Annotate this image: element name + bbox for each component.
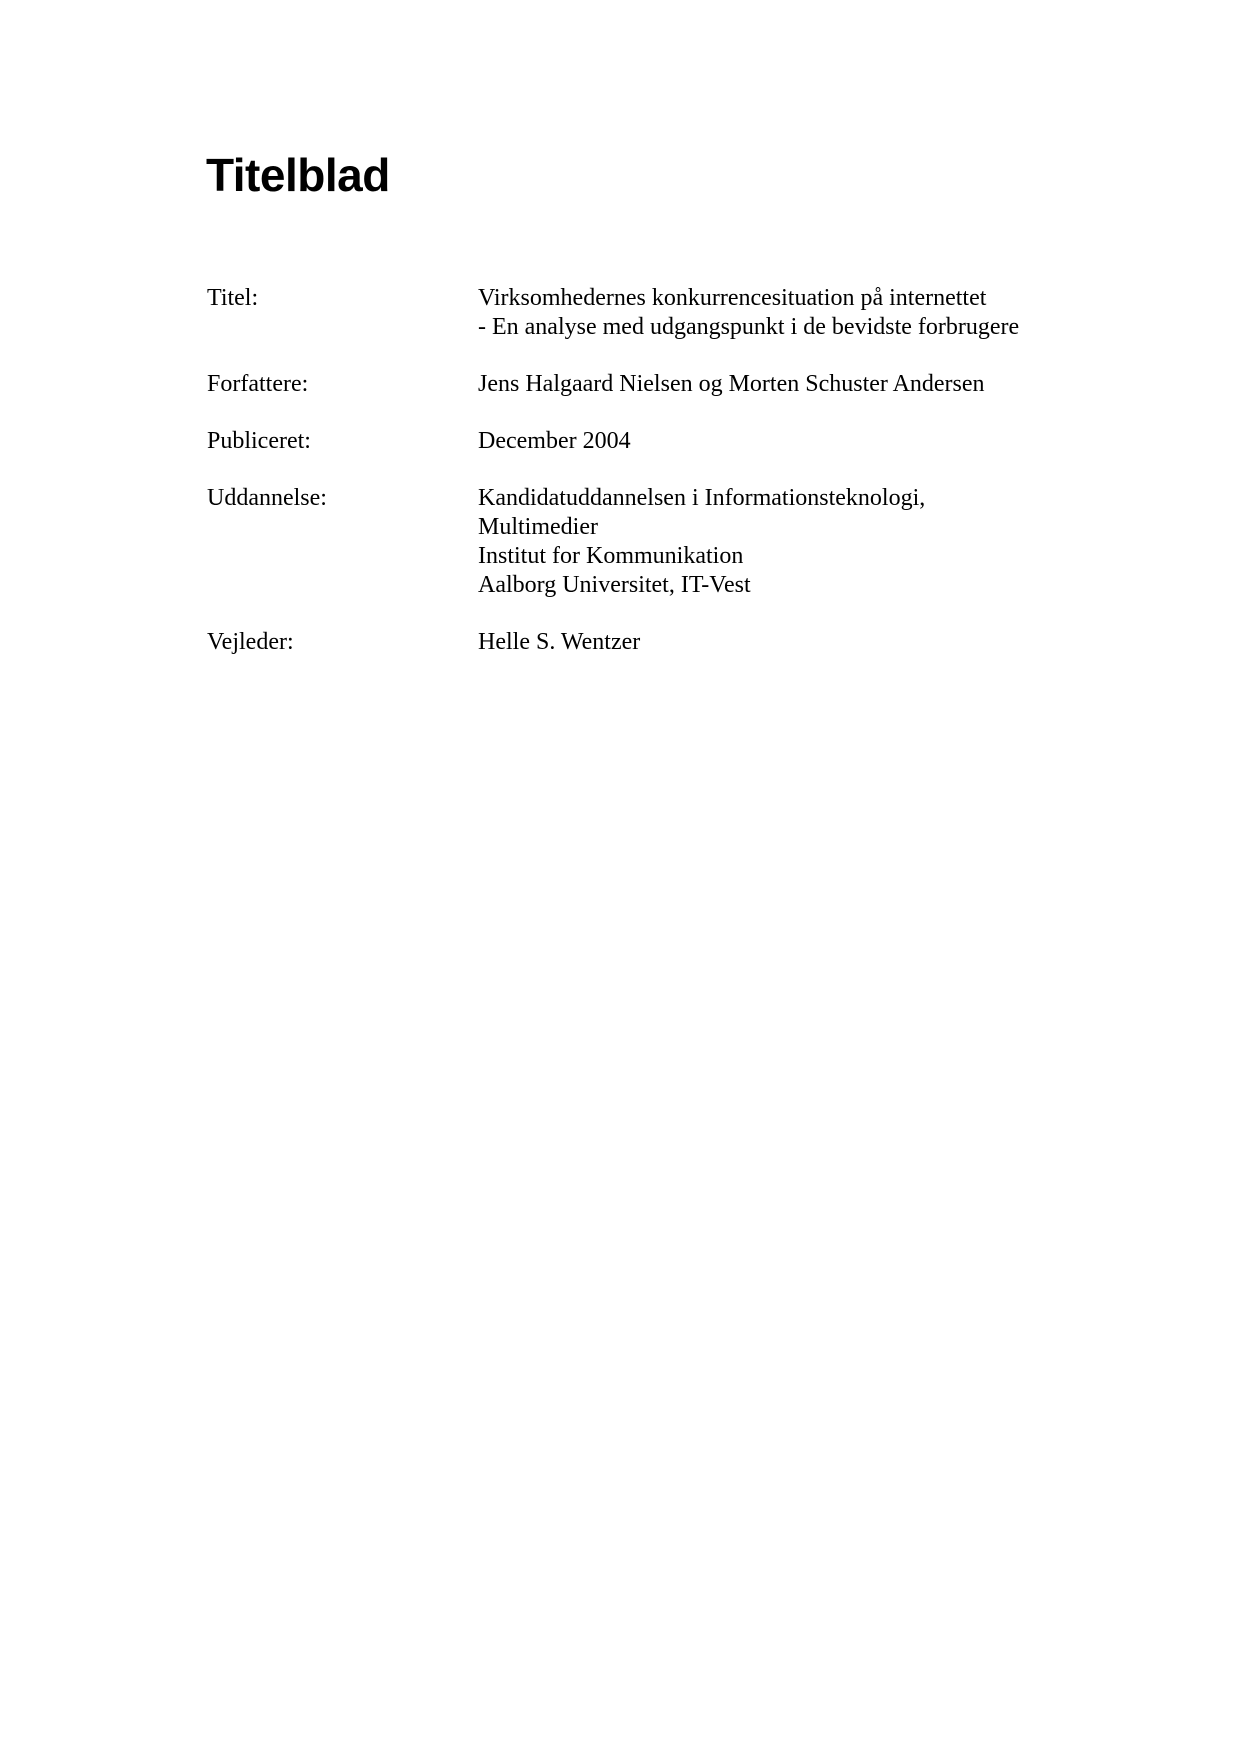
- field-uddannelse: Uddannelse: Kandidatuddannelsen i Inform…: [207, 484, 1019, 600]
- field-value: Kandidatuddannelsen i Informationsteknol…: [478, 484, 1019, 600]
- supervisor: Helle S. Wentzer: [478, 628, 1019, 657]
- field-label: Titel:: [207, 284, 478, 342]
- education-line: Kandidatuddannelsen i Informationsteknol…: [478, 484, 1019, 513]
- thesis-subtitle: - En analyse med udgangspunkt i de bevid…: [478, 313, 1019, 342]
- field-label: Publiceret:: [207, 427, 478, 456]
- field-label: Forfattere:: [207, 370, 478, 399]
- education-line: Aalborg Universitet, IT-Vest: [478, 571, 1019, 600]
- field-publiceret: Publiceret: December 2004: [207, 427, 1019, 456]
- field-forfattere: Forfattere: Jens Halgaard Nielsen og Mor…: [207, 370, 1019, 399]
- thesis-title: Virksomhedernes konkurrencesituation på …: [478, 284, 1019, 313]
- field-value: Jens Halgaard Nielsen og Morten Schuster…: [478, 370, 1019, 399]
- education-line: Multimedier: [478, 513, 1019, 542]
- education-line: Institut for Kommunikation: [478, 542, 1019, 571]
- field-vejleder: Vejleder: Helle S. Wentzer: [207, 628, 1019, 657]
- publication-date: December 2004: [478, 427, 1019, 456]
- field-value: Virksomhedernes konkurrencesituation på …: [478, 284, 1019, 342]
- field-value: December 2004: [478, 427, 1019, 456]
- field-titel: Titel: Virksomhedernes konkurrencesituat…: [207, 284, 1019, 342]
- authors: Jens Halgaard Nielsen og Morten Schuster…: [478, 370, 1019, 399]
- field-label: Uddannelse:: [207, 484, 478, 600]
- page-title: Titelblad: [206, 148, 390, 202]
- field-label: Vejleder:: [207, 628, 478, 657]
- field-value: Helle S. Wentzer: [478, 628, 1019, 657]
- title-page-info-table: Titel: Virksomhedernes konkurrencesituat…: [207, 284, 1019, 685]
